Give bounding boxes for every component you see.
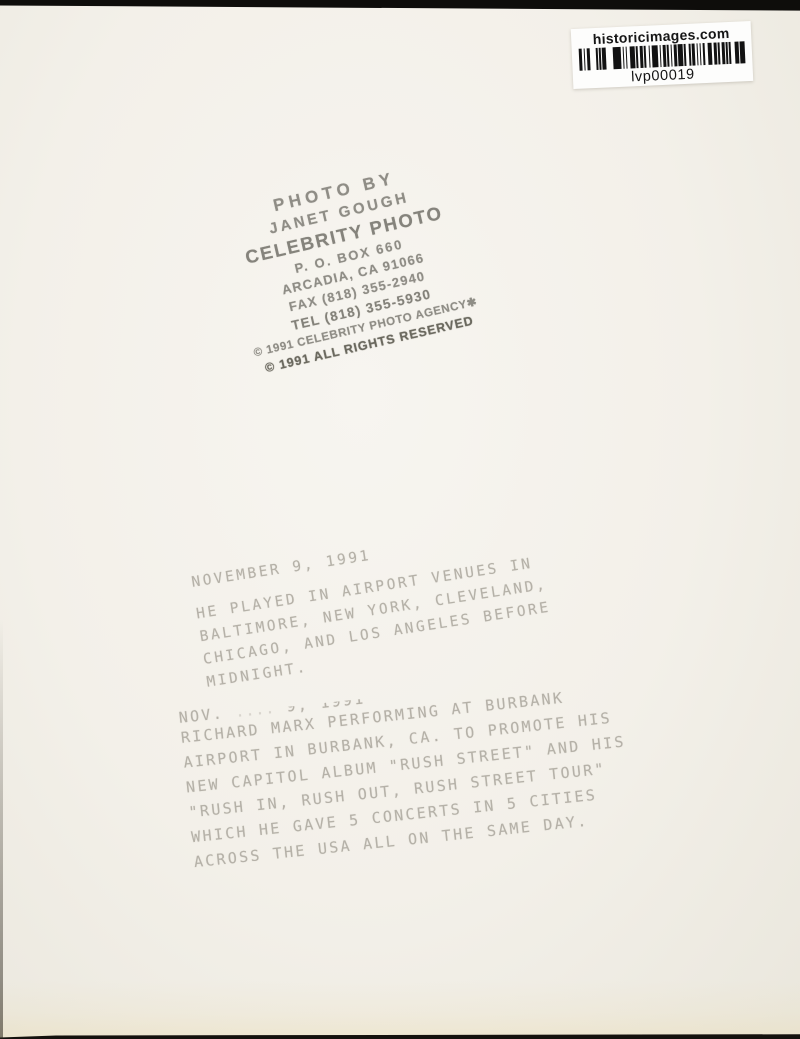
photo-top-edge-strip <box>0 0 800 13</box>
inventory-code-text: lvp00019 <box>631 67 695 87</box>
typed-caption-first: NOVEMBER 9, 1991 HE PLAYED IN AIRPORT VE… <box>190 519 556 694</box>
photo-left-edge-shadow <box>0 619 3 1039</box>
photo-bottom-edge-strip <box>0 1034 800 1039</box>
agency-stamp: PHOTO BY JANET GOUGH CELEBRITY PHOTO P. … <box>209 153 494 380</box>
inventory-label: historicimages.com lvp00019 <box>571 21 754 89</box>
photo-back-scan: historicimages.com lvp00019 PHOTO BY JAN… <box>0 0 800 1039</box>
typed-caption-second: NOV. .... 9, 1991 RICHARD MARX PERFORMIN… <box>178 664 635 875</box>
